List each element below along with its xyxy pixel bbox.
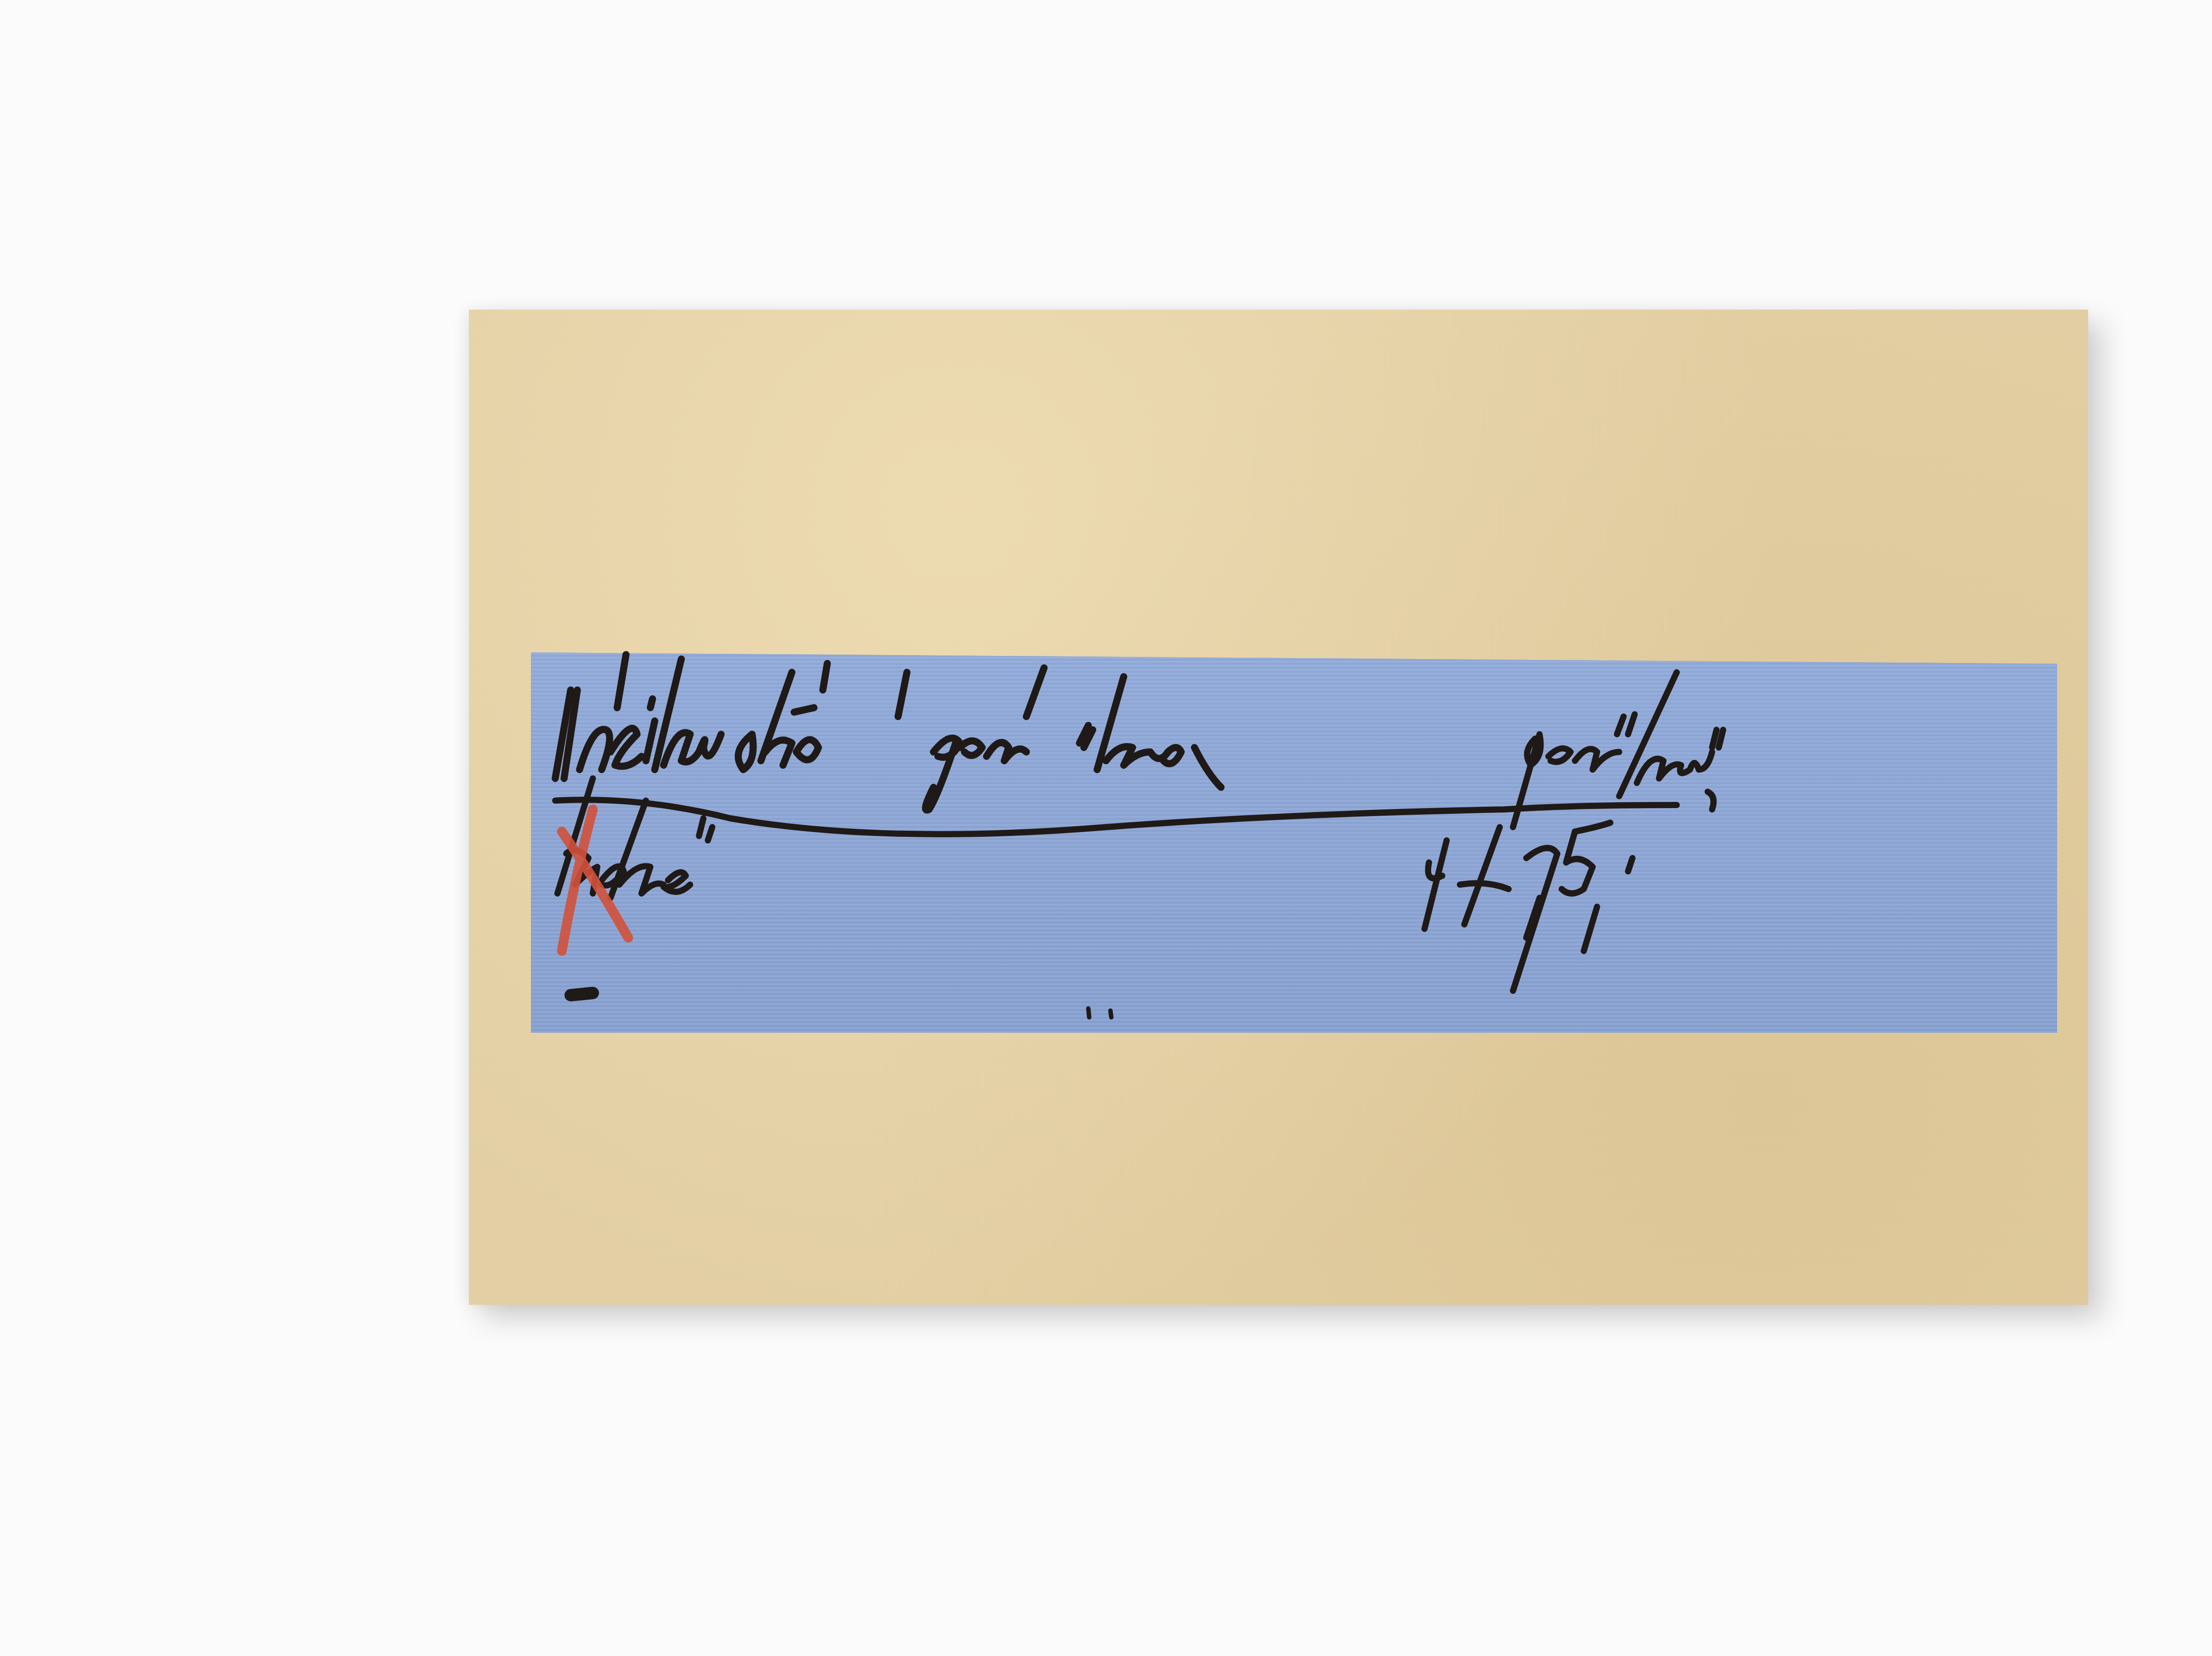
line1-ink <box>555 655 1221 810</box>
handwriting-strokes <box>0 0 2212 1656</box>
underline-stroke <box>555 800 1677 834</box>
